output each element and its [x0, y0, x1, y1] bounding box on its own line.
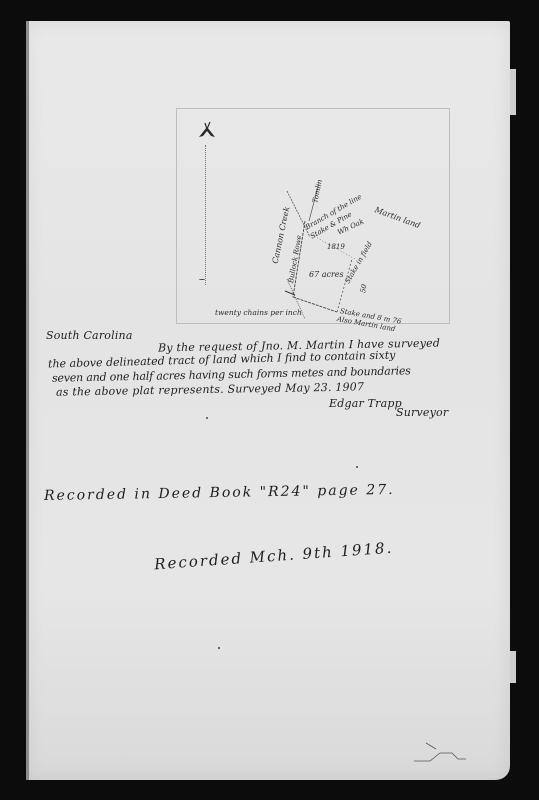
recording-date: Recorded Mch. 9th 1918. [154, 539, 394, 574]
document-page: Tomlin Cannon Creek Bullock Rowe Branch … [26, 21, 510, 780]
ink-speck [206, 417, 208, 419]
surveyor-signature: Edgar Trapp [329, 397, 402, 410]
ink-speck [218, 647, 220, 649]
plat-label-acreage: 67 acres [309, 270, 344, 279]
page-edge-tab [510, 651, 516, 683]
page-edge-tab [510, 69, 516, 115]
certificate-state-heading: South Carolina [46, 329, 133, 342]
plat-label-corner-note-4: 1819 [327, 243, 345, 251]
plat-frame: Tomlin Cannon Creek Bullock Rowe Branch … [176, 108, 450, 324]
surveyor-title: Surveyor [396, 406, 448, 419]
ink-speck [356, 466, 358, 468]
recording-note: Recorded in Deed Book "R24" page 27. [44, 482, 395, 504]
plat-label-small-right: 50 [359, 284, 368, 294]
plat-scale-label: twenty chains per inch [215, 308, 302, 317]
pencil-scribble-mark [396, 741, 476, 771]
